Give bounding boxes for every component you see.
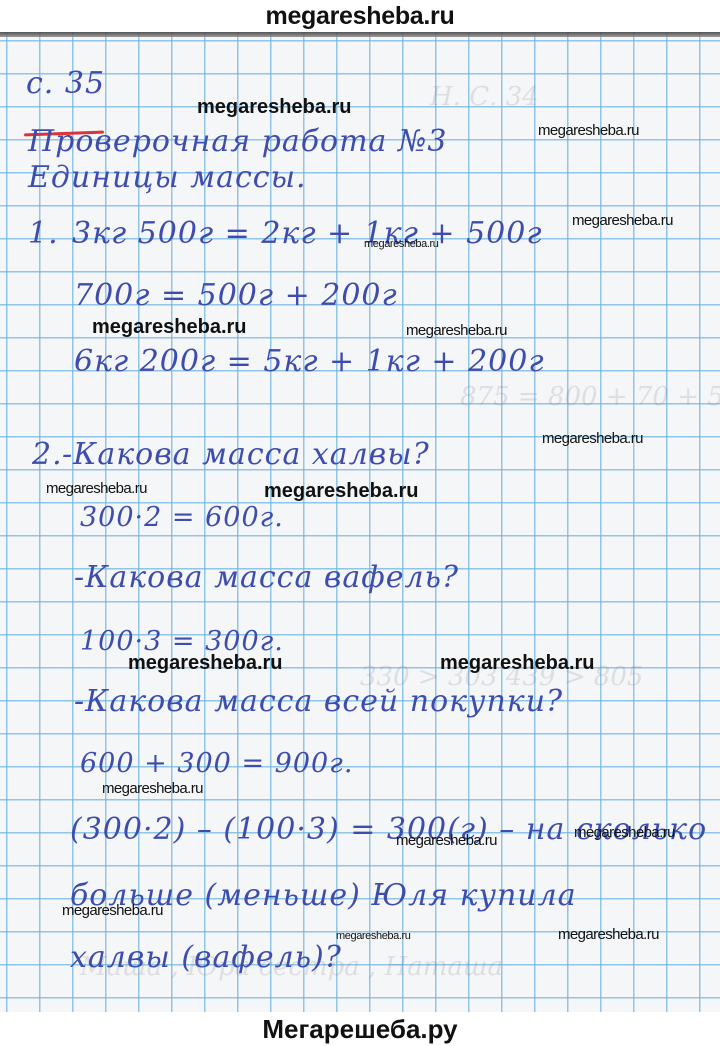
watermark: megaresheba.ru (396, 832, 497, 849)
watermark: megaresheba.ru (92, 316, 247, 339)
paper-edge (0, 32, 720, 37)
watermark: megaresheba.ru (538, 122, 639, 139)
site-footer-watermark: Мегарешеба.ру (0, 1012, 720, 1046)
task1-line: 700г = 500г + 200г (74, 278, 398, 313)
test-title: Проверочная работа №3 (28, 124, 447, 159)
watermark: megaresheba.ru (364, 238, 439, 250)
task1-number: 1. (28, 216, 59, 251)
watermark: megaresheba.ru (574, 824, 675, 841)
watermark: megaresheba.ru (572, 212, 673, 229)
watermark: megaresheba.ru (46, 480, 147, 497)
task2-question: -Какова масса всей покупки? (74, 684, 563, 719)
task2-question: -Какова масса халвы? (62, 437, 430, 472)
show-through-text: 875 = 800 + 70 + 5 (460, 382, 720, 412)
site-header-watermark: megaresheba.ru (0, 0, 720, 32)
task2-answer: 300·2 = 600г. (80, 502, 284, 533)
watermark: megaresheba.ru (406, 322, 507, 339)
task2-answer: 600 + 300 = 900г. (80, 748, 353, 779)
task1-line: 3кг 500г = 2кг + 1кг + 500г (72, 216, 543, 251)
watermark: megaresheba.ru (128, 652, 283, 675)
watermark: megaresheba.ru (558, 926, 659, 943)
watermark: megaresheba.ru (336, 930, 411, 942)
task1-line: 6кг 200г = 5кг + 1кг + 200г (74, 344, 545, 379)
watermark: megaresheba.ru (264, 480, 419, 503)
task2-expression: халвы (вафель)? (70, 940, 342, 975)
show-through-text: Н. С. 34 (430, 82, 539, 112)
page-reference: с. 35 (26, 66, 105, 101)
notebook-page: Н. С. 34 875 = 800 + 70 + 5 330 > 303 43… (0, 32, 720, 1012)
task2-question: -Какова масса вафель? (74, 560, 459, 595)
watermark: megaresheba.ru (62, 902, 163, 919)
watermark: megaresheba.ru (542, 430, 643, 447)
task2-number: 2. (32, 437, 63, 472)
test-topic: Единицы массы. (28, 160, 307, 195)
watermark: megaresheba.ru (102, 780, 203, 797)
watermark: megaresheba.ru (197, 96, 352, 119)
watermark: megaresheba.ru (440, 652, 595, 675)
